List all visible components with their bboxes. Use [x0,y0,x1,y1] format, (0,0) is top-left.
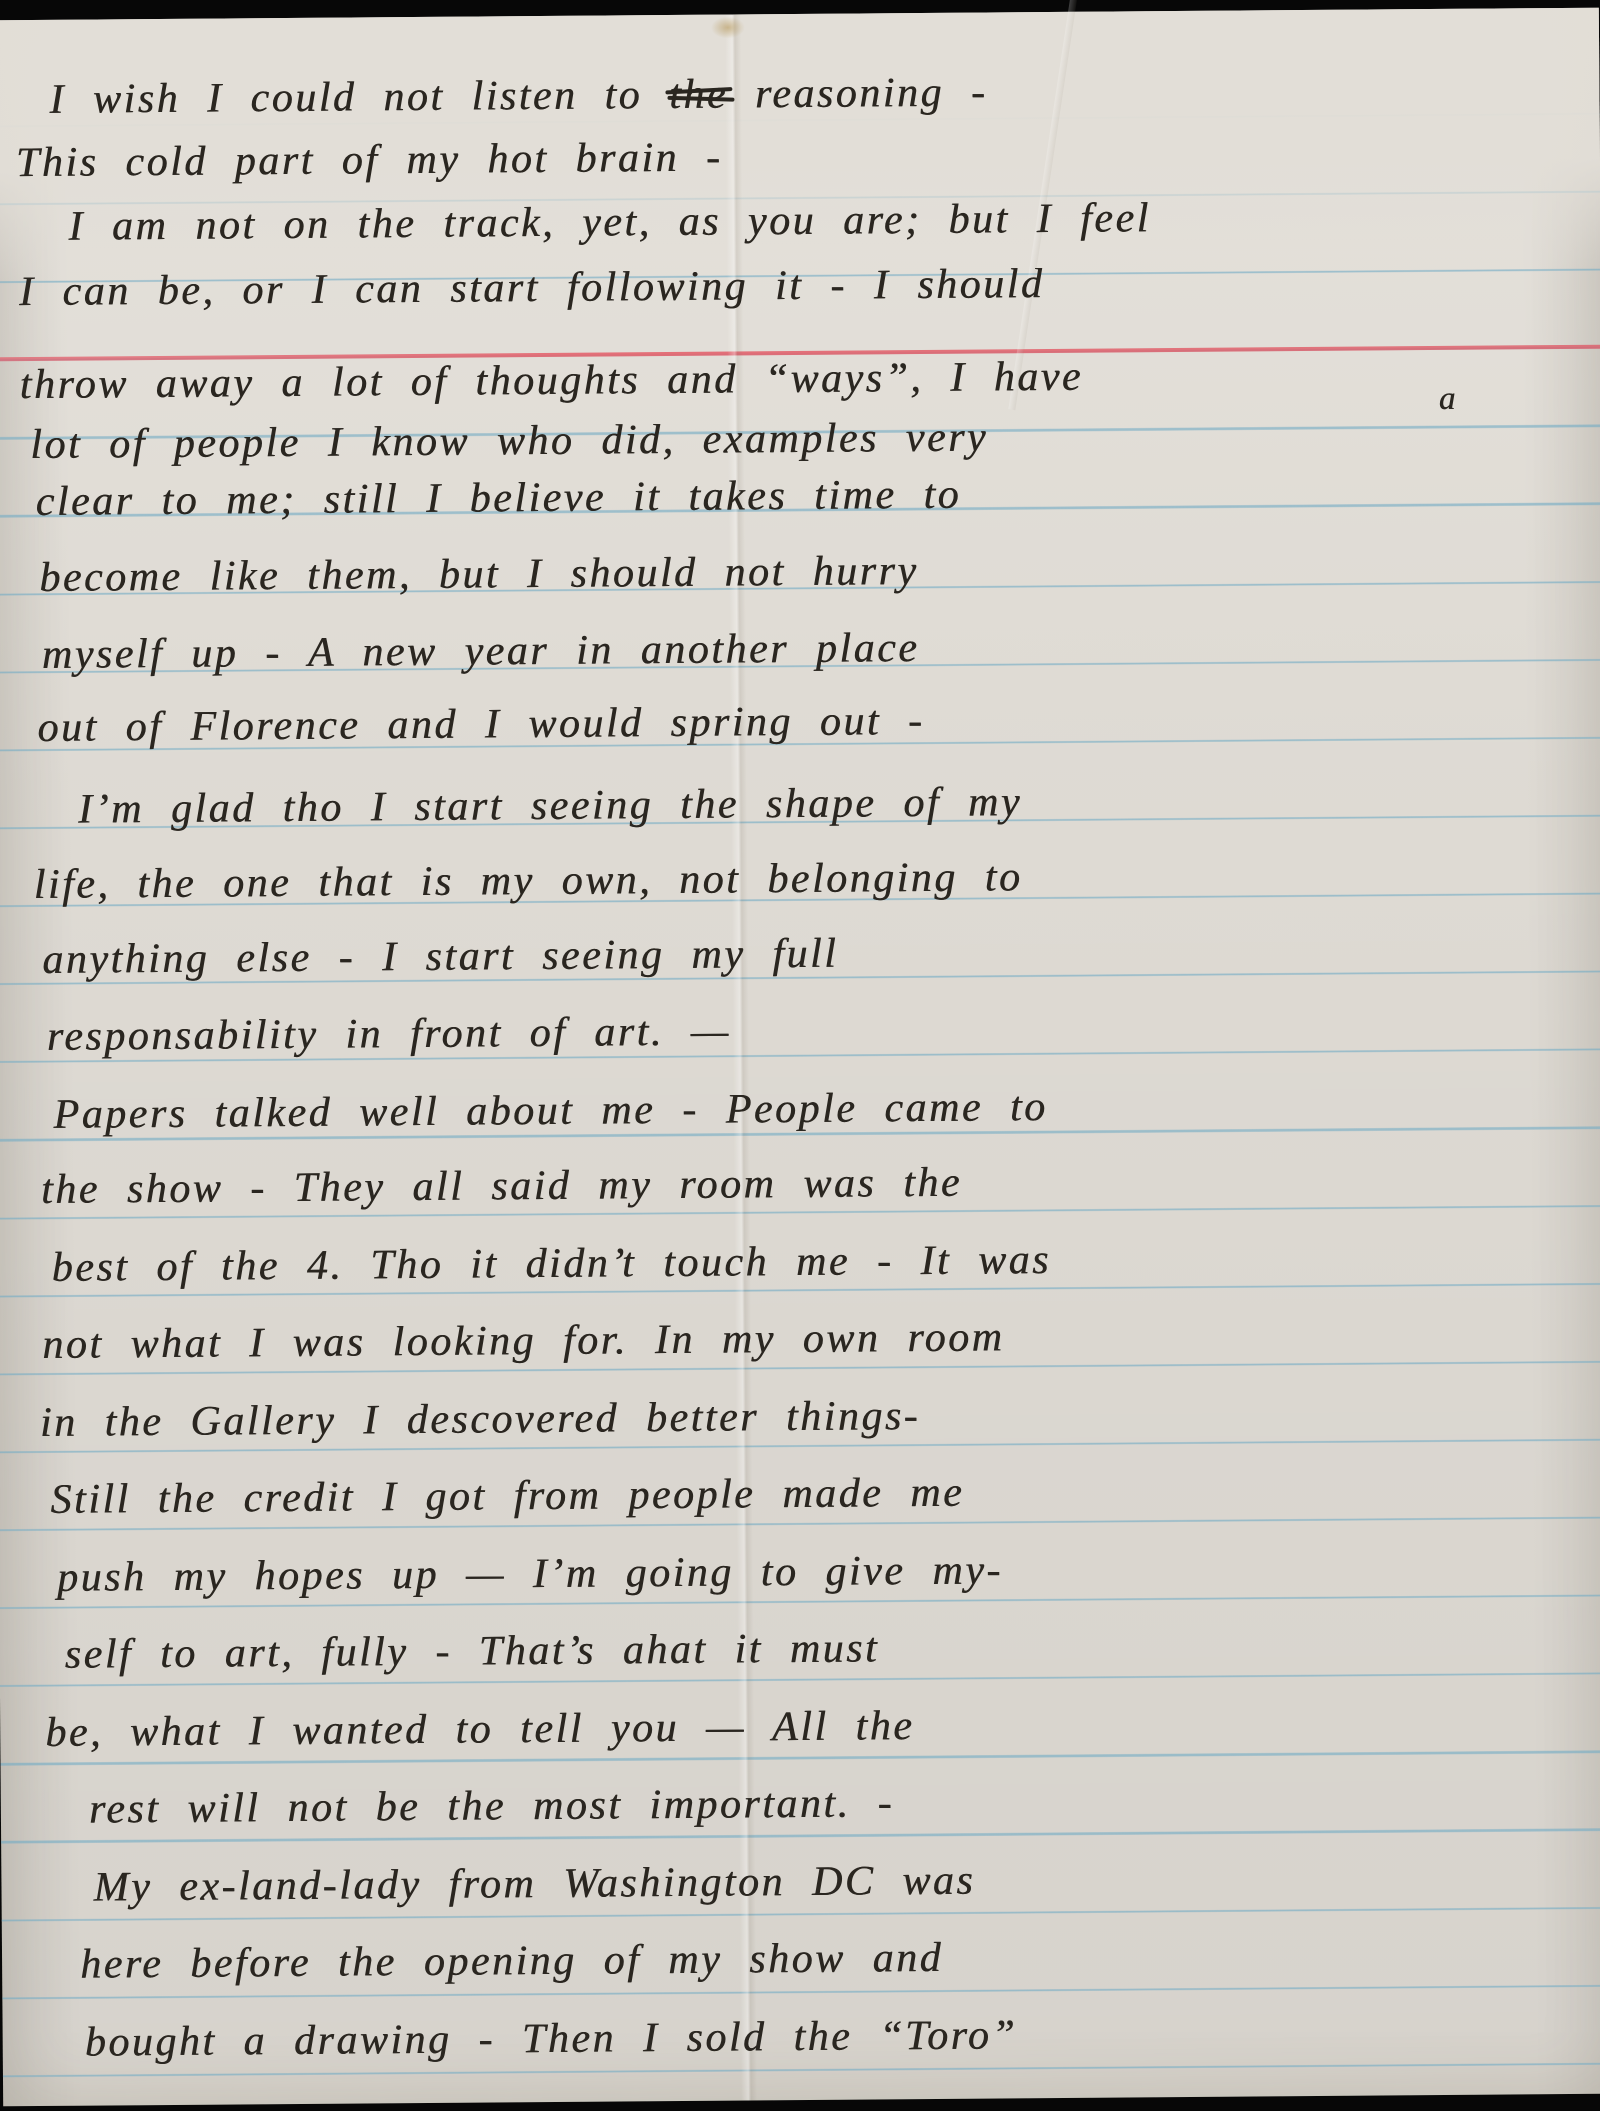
letter-line: become like them, but I should not hurry [39,550,918,599]
letter-line: be, what I wanted to tell you — All the [45,1705,914,1754]
letter-line: Still the credit I got from people made … [50,1472,964,1521]
letter-line: I am not on the track, yet, as you are; … [68,197,1151,247]
letter-line: My ex-land-lady from Washington DC was [93,1860,975,1909]
letter-line: I can be, or I can start following it - … [19,263,1045,313]
letter-line: rest will not be the most important. - [89,1782,894,1830]
letter-line: clear to me; still I believe it takes ti… [35,474,961,523]
letter-line: life, the one that is my own, not belong… [33,856,1022,906]
photograph-frame: I wish I could not listen to the reasoni… [0,0,1600,2111]
letter-line: the show - They all said my room was the [41,1162,962,1211]
letter-line: responsability in front of art. — [47,1011,731,1058]
letter-line: push my hopes up — I’m going to give my- [57,1549,1003,1598]
letter-line: best of the 4. Tho it didn’t touch me - … [51,1239,1051,1289]
letter-line: bought a drawing - Then I sold the “Toro… [85,2014,1018,2063]
letter-line: here before the opening of my show and [80,1937,943,1986]
letter-line-text: reasoning - [728,70,988,118]
letter-line: I’m glad tho I start seeing the shape of… [78,781,1022,830]
letter-line: in the Gallery I descovered better thing… [40,1395,921,1444]
letter-line: self to art, fully - That’s ahat it must [65,1627,880,1675]
letter-line: not what I was looking for. In my own ro… [42,1316,1004,1366]
letter-line-text: I wish I could not listen to [49,72,669,123]
handwriting-layer: I wish I could not listen to the reasoni… [0,8,1600,2107]
letter-line: out of Florence and I would spring out - [37,700,924,749]
letter-line: lot of people I know who did, examples v… [30,417,988,467]
letter-line: throw away a lot of thoughts and “ways”,… [20,356,1084,406]
letter-line: myself up - A new year in another place [42,627,920,676]
scribbled-out-word: the [669,74,728,116]
letter-page: I wish I could not listen to the reasoni… [0,8,1600,2107]
letter-line: anything else - I start seeing my full [42,933,838,981]
letter-line: I wish I could not listen to the reasoni… [49,72,987,121]
inserted-letter: a [1439,381,1456,418]
letter-line: This cold part of my hot brain - [16,137,723,185]
letter-line: Papers talked well about me - People cam… [53,1086,1047,1136]
